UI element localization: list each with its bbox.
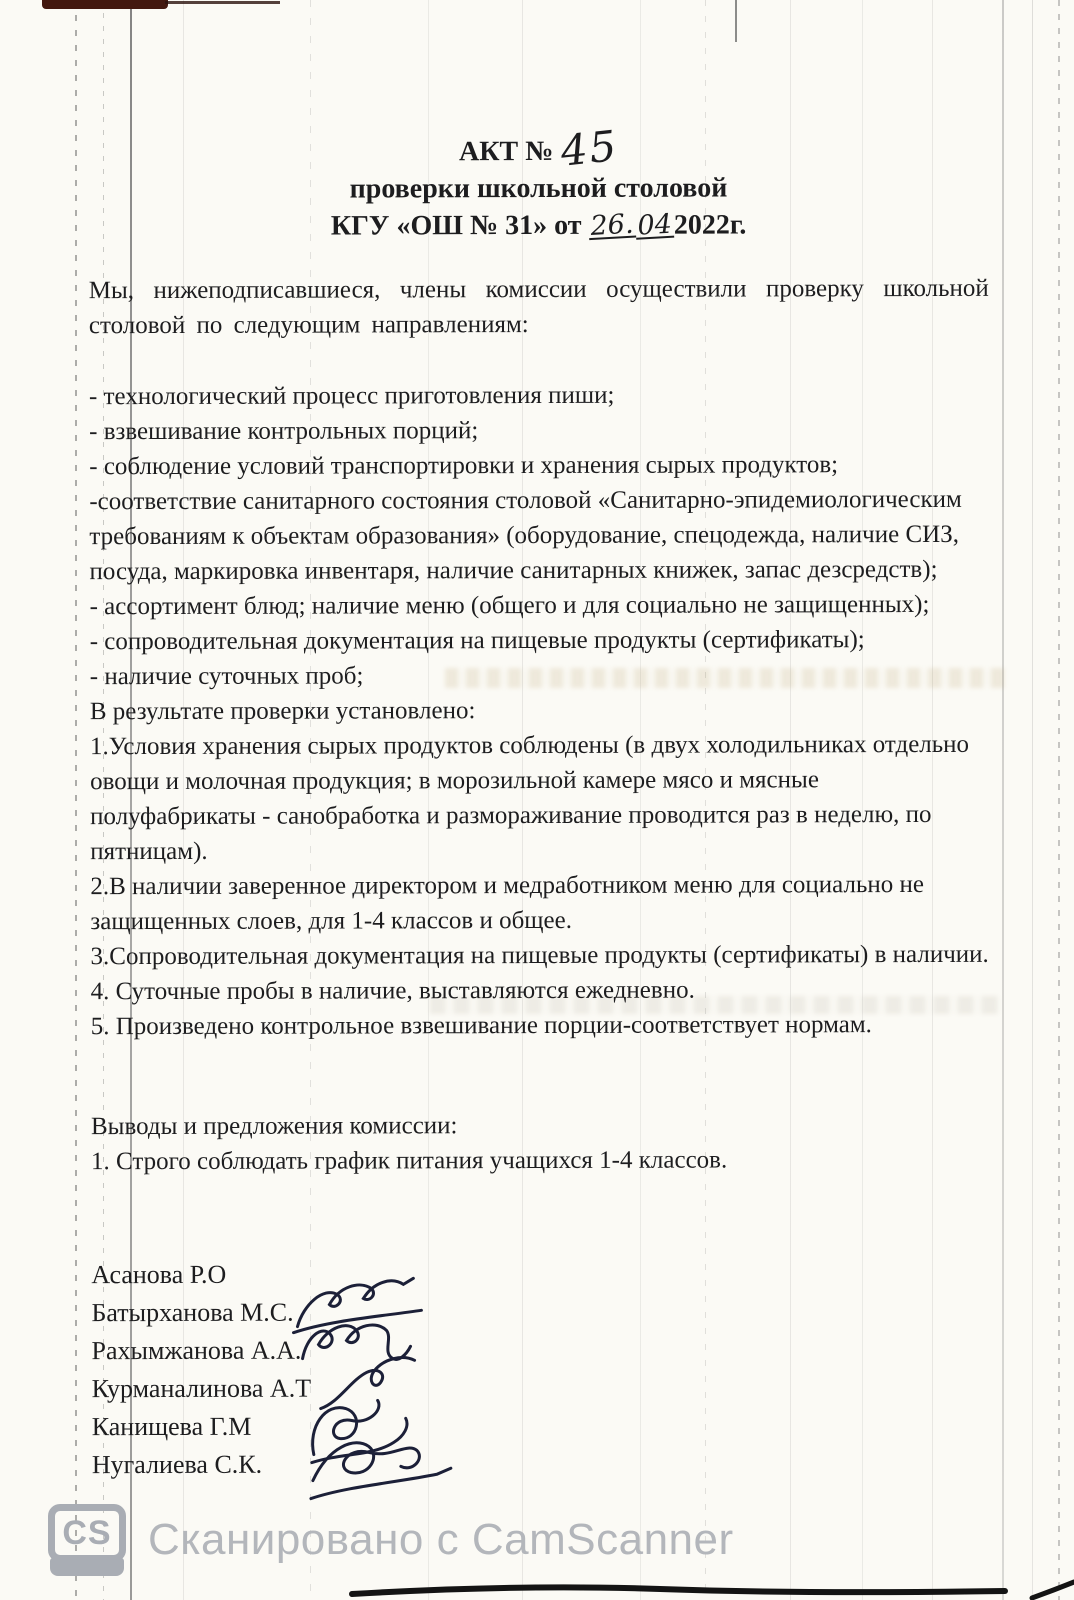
checklist-item: - наличие суточных проб;	[90, 657, 990, 694]
signatory-row: Нугалиева С.К.	[92, 1445, 992, 1485]
signatures-section: Асанова Р.О Батырханова М.С. Рахымжанова…	[91, 1255, 992, 1485]
camscanner-icon: CS	[48, 1504, 126, 1576]
camscanner-watermark-text: Сканировано с CamScanner	[148, 1515, 734, 1565]
document-title-block: АКТ № 45 проверки школьной столовой КГУ …	[88, 130, 988, 245]
checklist-item: -соответствие санитарного состояния стол…	[89, 482, 989, 589]
result-item: 3.Сопроводительная документация на пищев…	[90, 937, 990, 974]
signatory-name: Асанова Р.О	[91, 1260, 226, 1289]
conclusions-header: Выводы и предложения комиссии:	[91, 1107, 991, 1144]
handwritten-date-month: 04	[635, 214, 675, 240]
checklist-item: - сопроводительная документация на пищев…	[90, 622, 990, 659]
checklist-item: - соблюдение условий транспортировки и х…	[89, 447, 989, 484]
scan-edge-smudge-top	[42, 0, 168, 9]
result-item: 2.В наличии заверенное директором и медр…	[90, 867, 990, 939]
scan-edge-line-top	[165, 1, 280, 4]
signatory-name: Канищева Г.М	[92, 1412, 252, 1441]
signatory-row: Рахымжанова А.А.	[91, 1331, 991, 1371]
result-item: 4. Суточные пробы в наличие, выставляютс…	[91, 972, 991, 1009]
results-header: В результате проверки установлено:	[90, 692, 990, 729]
signatory-name: Нугалиева С.К.	[92, 1450, 262, 1479]
title-line-subtitle: проверки школьной столовой	[88, 169, 988, 208]
signatory-row: Батырханова М.С.	[91, 1293, 991, 1333]
camscanner-icon-bar	[50, 1558, 124, 1576]
result-item: 5. Произведено контрольное взвешивание п…	[91, 1007, 991, 1044]
act-label: АКТ №	[459, 136, 553, 167]
title-line-act: АКТ № 45	[88, 130, 988, 171]
conclusions-section: Выводы и предложения комиссии: 1. Строго…	[91, 1107, 991, 1179]
scan-edge-marks-bottom	[0, 1578, 1074, 1600]
handwritten-act-number: 45	[559, 131, 619, 167]
signatory-name: Рахымжанова А.А.	[91, 1336, 301, 1366]
result-item: 1.Условия хранения сырых продуктов соблю…	[90, 727, 990, 869]
checklist-item: - взвешивание контрольных порций;	[89, 412, 989, 449]
handwritten-date-day: 26.	[588, 214, 636, 241]
checklist-item: - ассортимент блюд; наличие меню (общего…	[90, 587, 990, 624]
org-label: КГУ «ОШ № 31» от	[331, 210, 582, 242]
checklist-item: - технологический процесс приготовления …	[89, 377, 989, 414]
document-body: - технологический процесс приготовления …	[89, 377, 991, 1044]
conclusion-item: 1. Строго соблюдать график питания учащи…	[91, 1142, 991, 1179]
intro-paragraph: Мы, нижеподписавшиеся, члены комиссии ос…	[89, 271, 989, 343]
signatory-row: Курманалинова А.Т	[92, 1369, 992, 1409]
camscanner-icon-label: CS	[48, 1504, 126, 1562]
scanned-document-page: АКТ № 45 проверки школьной столовой КГУ …	[0, 0, 1074, 1600]
signatory-row: Асанова Р.О	[91, 1255, 991, 1295]
signatory-row: Канищева Г.М	[92, 1407, 992, 1447]
signatory-name: Батырханова М.С.	[91, 1298, 293, 1328]
camscanner-watermark: CS Сканировано с CamScanner	[48, 1504, 734, 1576]
title-line-org-date: КГУ «ОШ № 31» от 26.042022г.	[89, 206, 989, 245]
signatory-name: Курманалинова А.Т	[92, 1374, 312, 1404]
year-label: 2022г.	[674, 209, 747, 240]
